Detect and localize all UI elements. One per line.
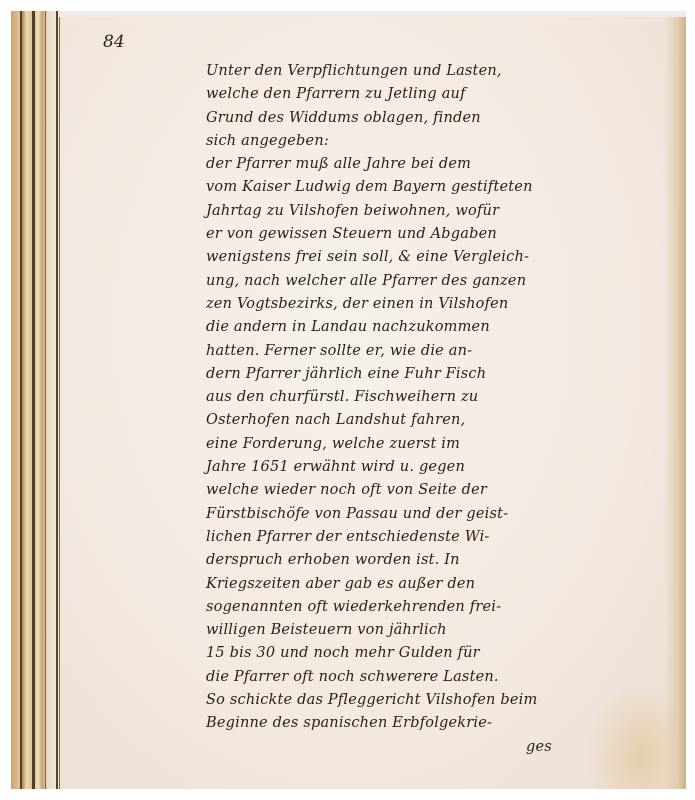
text-line: Beginne des spanischen Erbfolgekrie- bbox=[206, 712, 626, 735]
text-line: ges bbox=[206, 736, 626, 759]
page-gutter-shadow bbox=[664, 17, 686, 789]
page-number: 84 bbox=[103, 32, 125, 52]
text-line: dern Pfarrer jährlich eine Fuhr Fisch bbox=[206, 363, 626, 386]
text-line: welche den Pfarrern zu Jetling auf bbox=[206, 83, 626, 106]
text-line: Fürstbischöfe von Passau und der geist- bbox=[206, 503, 626, 526]
text-line: wenigstens frei sein soll, & eine Vergle… bbox=[206, 246, 626, 269]
edge-line bbox=[32, 11, 35, 789]
edge-line bbox=[56, 11, 58, 789]
text-line: aus den churfürstl. Fischweihern zu bbox=[206, 386, 626, 409]
handwritten-text: Unter den Verpflichtungen und Lasten, we… bbox=[206, 60, 626, 759]
text-line: hatten. Ferner sollte er, wie die an- bbox=[206, 340, 626, 363]
text-line: So schickte das Pfleggericht Vilshofen b… bbox=[206, 689, 626, 712]
text-line: vom Kaiser Ludwig dem Bayern gestifteten bbox=[206, 176, 626, 199]
text-line: sogenannten oft wiederkehrenden frei- bbox=[206, 596, 626, 619]
text-line: der Pfarrer muß alle Jahre bei dem bbox=[206, 153, 626, 176]
text-line: die andern in Landau nachzukommen bbox=[206, 316, 626, 339]
text-line: die Pfarrer oft noch schwerere Lasten. bbox=[206, 666, 626, 689]
torn-page-edges bbox=[11, 11, 63, 789]
text-line: lichen Pfarrer der entschiedenste Wi- bbox=[206, 526, 626, 549]
text-line: welche wieder noch oft von Seite der bbox=[206, 479, 626, 502]
text-line: derspruch erhoben worden ist. In bbox=[206, 549, 626, 572]
text-line: willigen Beisteuern von jährlich bbox=[206, 619, 626, 642]
text-line: eine Forderung, welche zuerst im bbox=[206, 433, 626, 456]
edge-line bbox=[45, 11, 46, 789]
text-line: sich angegeben: bbox=[206, 130, 626, 153]
text-line: Jahre 1651 erwähnt wird u. gegen bbox=[206, 456, 626, 479]
text-line: Jahrtag zu Vilshofen beiwohnen, wofür bbox=[206, 200, 626, 223]
edge-line bbox=[20, 11, 22, 789]
text-line: Kriegszeiten aber gab es außer den bbox=[206, 573, 626, 596]
text-line: er von gewissen Steuern und Abgaben bbox=[206, 223, 626, 246]
text-line: zen Vogtsbezirks, der einen in Vilshofen bbox=[206, 293, 626, 316]
text-line: ung, nach welcher alle Pfarrer des ganze… bbox=[206, 270, 626, 293]
text-line: Unter den Verpflichtungen und Lasten, bbox=[206, 60, 626, 83]
text-line: Osterhofen nach Landshut fahren, bbox=[206, 409, 626, 432]
text-line: Grund des Widdums oblagen, finden bbox=[206, 107, 626, 130]
text-line: 15 bis 30 und noch mehr Gulden für bbox=[206, 642, 626, 665]
